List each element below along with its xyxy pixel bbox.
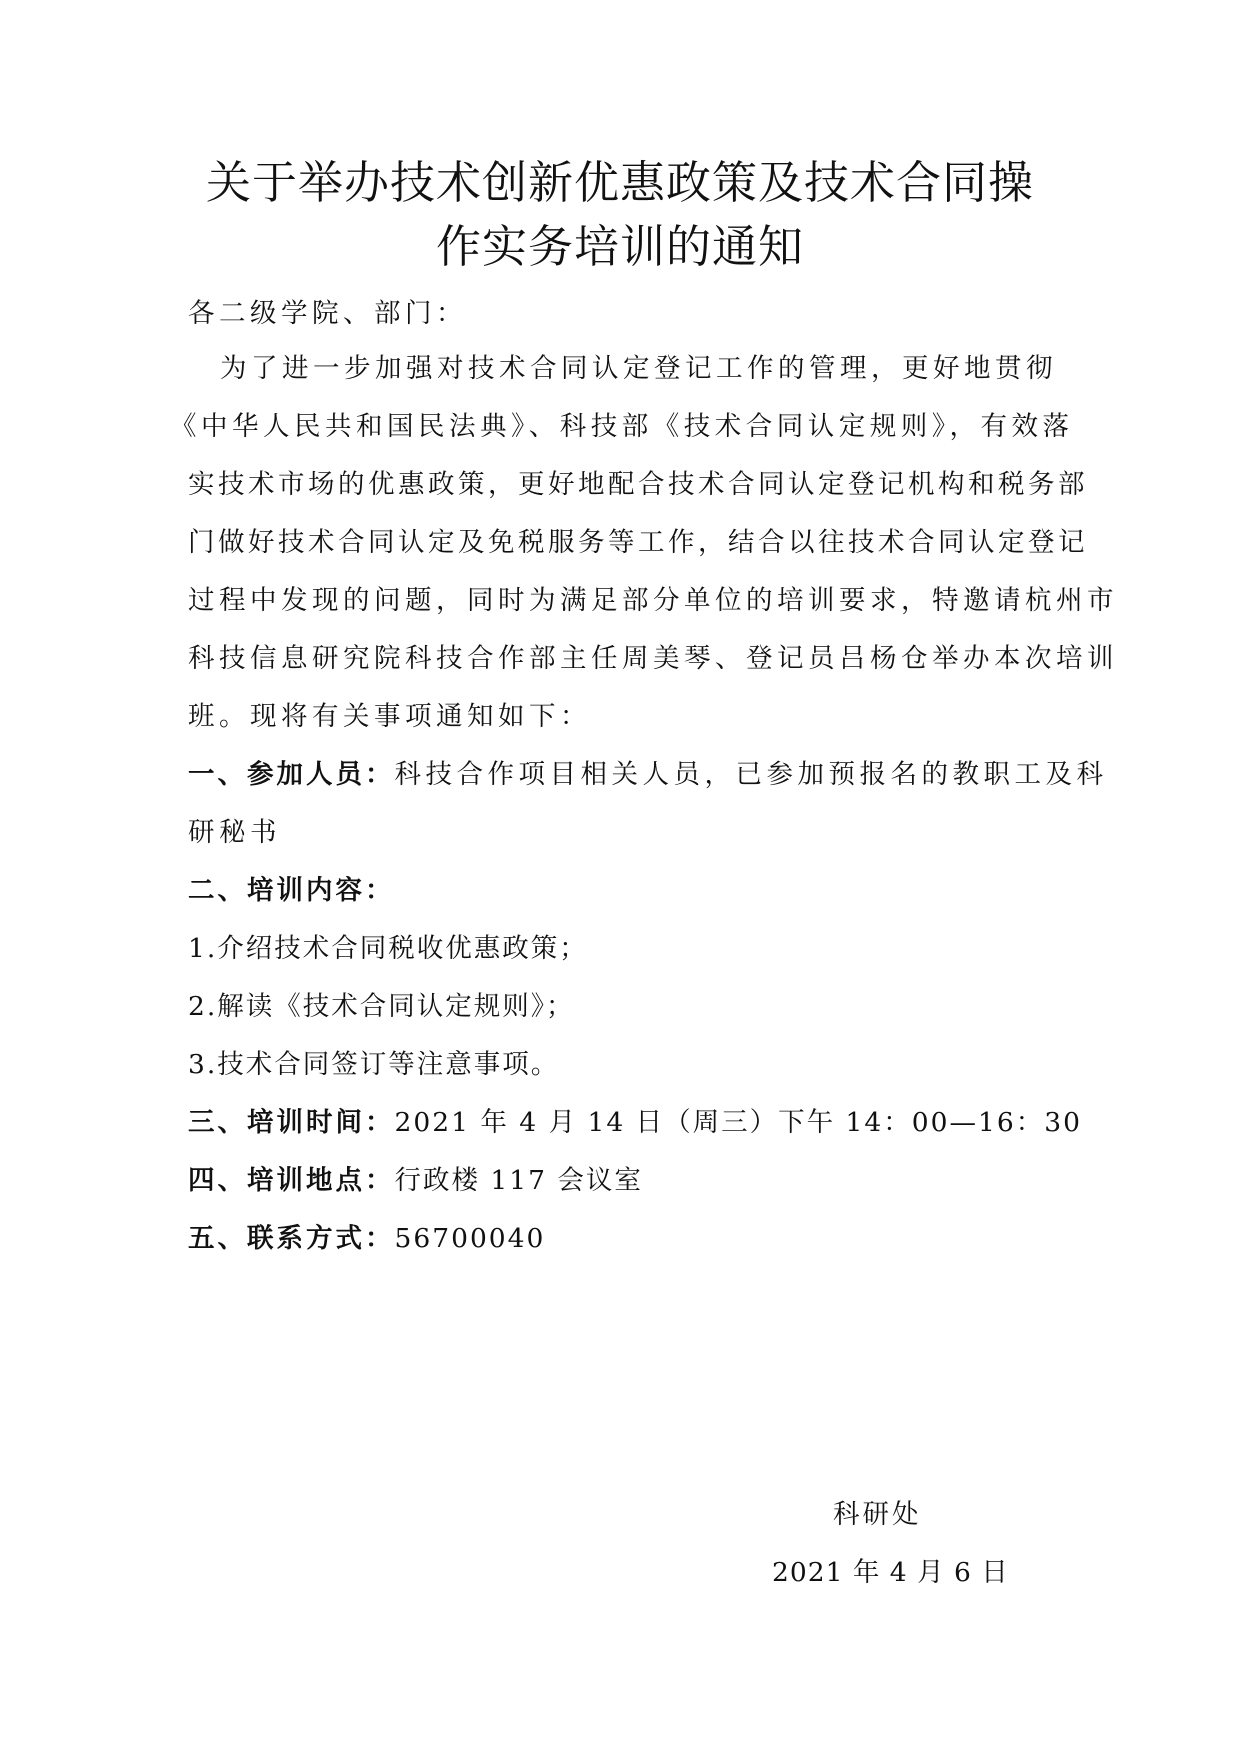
content-item: 2.解读《技术合同认定规则》； [188,989,1058,1025]
body-line: 为了进一步加强对技术合同认定登记工作的管理，更好地贯彻 [220,351,1090,387]
section-participants-continued: 研秘书 [188,815,1058,851]
section-label: 一、参加人员： [188,759,395,790]
body-line: 实技术市场的优惠政策，更好地配合技术合同认定登记机构和税务部 [188,467,1058,503]
document-title-line2: 作实务培训的通知 [150,216,1090,278]
body-line: 门做好技术合同认定及免税服务等工作，结合以往技术合同认定登记 [188,525,1058,561]
section-content: 二、培训内容： [188,873,1058,909]
section-contact: 五、联系方式：56700040 [188,1221,1058,1257]
body-line: 《中华人民共和国民法典》、科技部《技术合同认定规则》，有效落 [170,409,1040,445]
section-value: 科技合作项目相关人员，已参加预报名的教职工及科 [395,759,1108,790]
signature-date: 2021 年 4 月 6 日 [772,1555,1009,1591]
section-time: 三、培训时间：2021 年 4 月 14 日（周三）下午 14：00—16：30 [188,1105,1058,1141]
content-item: 3.技术合同签订等注意事项。 [188,1047,1058,1083]
body-line: 班。现将有关事项通知如下： [188,699,1058,735]
section-value: 56700040 [395,1223,546,1254]
document-title-line1: 关于举办技术创新优惠政策及技术合同操 [150,152,1090,214]
document-page: 关于举办技术创新优惠政策及技术合同操 作实务培训的通知 各二级学院、部门： 为了… [0,0,1240,1753]
section-location: 四、培训地点：行政楼 117 会议室 [188,1163,1058,1199]
signature-department: 科研处 [833,1497,922,1533]
section-participants: 一、参加人员：科技合作项目相关人员，已参加预报名的教职工及科 [188,757,1058,793]
body-line: 科技信息研究院科技合作部主任周美琴、登记员吕杨仓举办本次培训 [188,641,1058,677]
body-line: 过程中发现的问题，同时为满足部分单位的培训要求，特邀请杭州市 [188,583,1058,619]
section-value: 行政楼 117 会议室 [395,1165,643,1196]
section-label: 五、联系方式： [188,1223,395,1254]
section-value: 2021 年 4 月 14 日（周三）下午 14：00—16：30 [395,1107,1082,1138]
section-label: 四、培训地点： [188,1165,395,1196]
section-label: 三、培训时间： [188,1107,395,1138]
salutation: 各二级学院、部门： [188,296,1058,332]
section-label: 二、培训内容： [188,875,395,906]
content-item: 1.介绍技术合同税收优惠政策； [188,931,1058,967]
